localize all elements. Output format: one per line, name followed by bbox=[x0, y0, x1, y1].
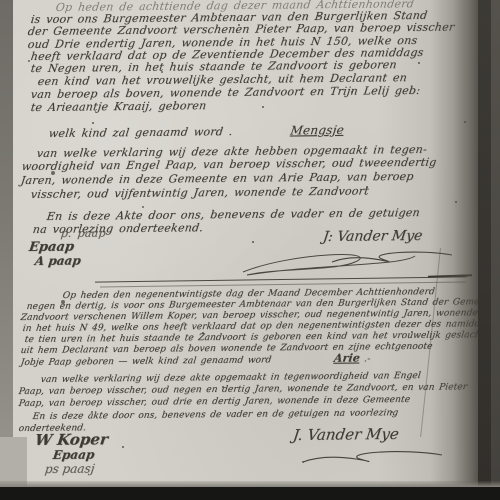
paraph-flourish bbox=[235, 250, 420, 278]
binding-dark-strip bbox=[478, 0, 491, 487]
act1-name-line-prefix: welk kind zal genaamd word . bbox=[48, 125, 234, 140]
act1-signature-official: J: Vander Mye bbox=[322, 228, 423, 245]
binding-outer-strip bbox=[491, 0, 500, 487]
act2-signature-wkoper: W Koper bbox=[34, 430, 109, 449]
act2-signature-official: J. Vander Mye bbox=[292, 425, 400, 444]
scanned-register-page: Op heden de achttiende dag dezer maand A… bbox=[0, 0, 500, 500]
act2-name-suffix: .- bbox=[364, 354, 371, 364]
paper-specks bbox=[0, 0, 2, 2]
scan-bottom-band bbox=[0, 487, 500, 500]
page-left-bottom-edge bbox=[0, 437, 27, 487]
act1-line: te Arieaantje Kraaij, geboren bbox=[30, 100, 207, 114]
act2-signature-flourish bbox=[298, 446, 448, 470]
act2-signature-small: ps paasj bbox=[44, 461, 95, 476]
act2-child-name: Arie bbox=[333, 351, 361, 364]
page-left-edge bbox=[0, 0, 13, 487]
act2-signature-epaap: Epaap bbox=[52, 448, 95, 462]
act1-child-name: Mengsje bbox=[290, 123, 345, 138]
act1-line: na voorlezing onderteekend. bbox=[32, 222, 204, 236]
act1-signature-small: p. paap bbox=[60, 228, 107, 240]
act1-signature-apaap: A paap bbox=[34, 254, 82, 268]
